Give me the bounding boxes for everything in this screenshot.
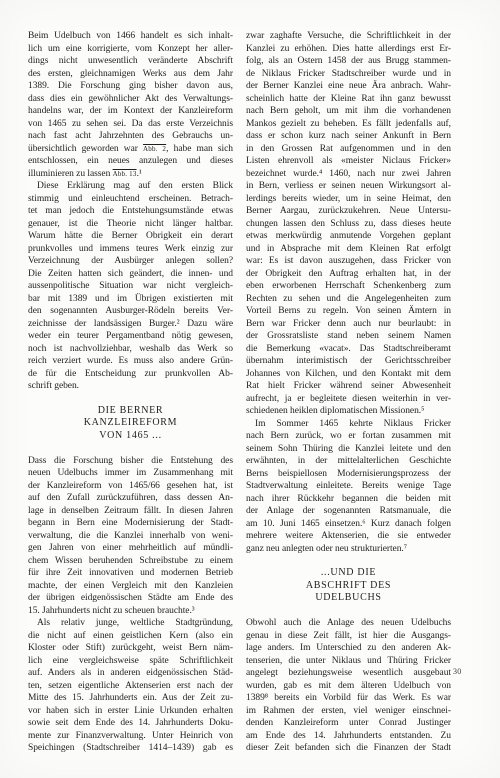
text-line: Listen ehrenvoll als «meister Niclaus Fr…	[246, 155, 451, 168]
text-line: der Obrigkeit den Auftrag erhalten hat, …	[246, 268, 451, 281]
text-line: Berns beispiellosen Modernisierungsproze…	[246, 468, 451, 481]
text-line: noch ist nachvollziehbar, weshalb das We…	[28, 343, 233, 356]
text-line: Kanzlei zu erhöhen. Dies hatte allerding…	[246, 43, 451, 56]
text-line: wurden, gab es mit dem älteren Udelbuch …	[246, 680, 451, 693]
text-line: 15. Jahrhunderts nicht zu scheuen brauch…	[28, 605, 233, 618]
paragraph: Im Sommer 1465 kehrte Niklaus Frickernac…	[246, 418, 451, 556]
text-line: ten, setzen eigentliche Aktenserien erst…	[28, 680, 233, 693]
text-line: folg, als an Ostern 1458 der aus Brugg s…	[246, 55, 451, 68]
text-line: lich um eine korrigierte, vom Konzept he…	[28, 43, 233, 56]
text-line: sowie seit dem Ende des 14. Jahrhunderts…	[28, 717, 233, 730]
text-line: entschlossen, ein neues anzulegen und di…	[28, 155, 233, 168]
text-line: mehrere weitere Aktenserien, die sie ent…	[246, 530, 451, 543]
text-line: Stadtverwaltung einleitete. Bereits weni…	[246, 480, 451, 493]
text-line: schiedenen heiklen diplomatischen Missio…	[246, 405, 451, 418]
text-line: Johannes von Kilchen, und den Kontakt mi…	[246, 368, 451, 381]
heading-line: DIE BERNER	[28, 405, 233, 418]
text-line: genauer, ist die Theorie nicht länger ha…	[28, 218, 233, 231]
page-number: 30	[453, 667, 462, 676]
heading-line: ABSCHRIFT DES	[246, 580, 451, 593]
text-line: dieser Zeit befanden sich die Finanzen d…	[246, 742, 451, 755]
figure-reference: Abb. 2	[143, 145, 166, 153]
text-line: denden Kanzleireform unter Conrad Justin…	[246, 717, 451, 730]
text-line: Vorteil Berns zu regeln. Von seinen Ämte…	[246, 305, 451, 318]
text-line: weder ein teurer Pergamentband nötig gew…	[28, 330, 233, 343]
text-line: prunkvolles und immens teures Werk einzi…	[28, 243, 233, 256]
text-line: bezeichnet wurde.⁴ 1460, nach nur zwei J…	[246, 168, 451, 181]
text-line: Dass die Forschung bisher die Entstehung…	[28, 455, 233, 468]
text-line: angelegt beziehungsweise wesentlich ausg…	[246, 667, 451, 680]
book-page: Beim Udelbuch von 1466 handelt es sich i…	[0, 0, 500, 778]
text-line: Warum hätte die Berner Obrigkeit ein der…	[28, 230, 233, 243]
heading-line: ...UND DIE	[246, 567, 451, 580]
text-line: eben erworbenen Herrschaft Schenkenberg …	[246, 280, 451, 293]
text-line: tet man jedoch die Entstehungsumstände e…	[28, 205, 233, 218]
text-line: lage anders. Im Unterschied zu den ander…	[246, 642, 451, 655]
text-line: Als relativ junge, weltliche Stadtgründu…	[28, 617, 233, 630]
text-line: genau in diese Zeit fällt, ist hier die …	[246, 630, 451, 643]
text-line: Speichingen (Stadtschreiber 1414–1439) g…	[28, 742, 233, 755]
text-line: vor haben sich in erster Linie Urkunden …	[28, 705, 233, 718]
text-line: etwas merkwürdig anmutende Vorgehen gepl…	[246, 230, 451, 243]
text-line: die nicht auf einen geistlichen Kern (al…	[28, 630, 233, 643]
text-line: der Berner Kanzlei eine neue Ära anbrach…	[246, 80, 451, 93]
text-line: neuen Udelbuchs immer im Zusammenhang mi…	[28, 467, 233, 480]
text-line: Diese Erklärung mag auf den ersten Blick	[28, 180, 233, 193]
text-line: am 10. Juni 1465 einsetzen.⁶ Kurz danach…	[246, 518, 451, 531]
text-line: Berner Aargau, zurückzukehren. Neue Unte…	[246, 205, 451, 218]
text-line: erwähnten, in der mittelalterlichen Gesc…	[246, 455, 451, 468]
text-line: 1389. Die Forschung ging bisher davon au…	[28, 80, 233, 93]
text-line: übernahm interimistisch der Gerichtsschr…	[246, 355, 451, 368]
heading-line: UDELBUCHS	[246, 592, 451, 605]
text-line: die Bemerkung «vacat». Das Stadtschreibe…	[246, 343, 451, 356]
paragraph: Dass die Forschung bisher die Entstehung…	[28, 455, 233, 618]
text-line: nach ihrer Rückkehr begannen die beiden …	[246, 493, 451, 506]
text-line: aufrecht, ja er begleitete diesen weiter…	[246, 393, 451, 406]
text-line: dings nicht unwesentlich veränderte Absc…	[28, 55, 233, 68]
text-line: im Rahmen der ersten, viel weniger einsc…	[246, 705, 451, 718]
text-line: in den Grossen Rat aufgenommen und in de…	[246, 143, 451, 156]
text-line: chem Wissen beruhenden Schreibstube zu e…	[28, 555, 233, 568]
text-line: schrift geben.	[28, 380, 233, 393]
text-line: Die Zeiten hatten sich geändert, die inn…	[28, 268, 233, 281]
heading-line: VON 1465 ...	[28, 430, 233, 443]
text-line: scheinlich hatte der Kleine Rat ihn ganz…	[246, 93, 451, 106]
text-line: chungen lassen den Schluss zu, dass dies…	[246, 218, 451, 231]
text-line: de für die Entscheidung zur prunkvollen …	[28, 368, 233, 381]
left-column: Beim Udelbuch von 1466 handelt es sich i…	[28, 30, 233, 755]
text-line: Im Sommer 1465 kehrte Niklaus Fricker	[246, 418, 451, 431]
text-line: zeichnisse der landsässigen Burger.² Daz…	[28, 318, 233, 331]
text-line: reich verziert wurde. Es muss also ander…	[28, 355, 233, 368]
text-line: bar mit 1389 und im Übrigen existierten …	[28, 293, 233, 306]
text-line: war: Es ist davon auszugehen, dass Frick…	[246, 255, 451, 268]
paragraph: Als relativ junge, weltliche Stadtgründu…	[28, 617, 233, 755]
text-line: seinem Sohn Thüring die Kanzlei leitete …	[246, 443, 451, 456]
section-heading: DIE BERNERKANZLEIREFORMVON 1465 ...	[28, 405, 233, 443]
text-line: nach fast acht Jahrzehnten des Gebrauchs…	[28, 130, 233, 143]
text-line: lerdings bereits wieder, um in seine Hei…	[246, 193, 451, 206]
text-line: begann in Bern eine Modernisierung der S…	[28, 517, 233, 530]
text-line: ganz neu anlegten oder neu strukturierte…	[246, 543, 451, 556]
text-line: mente zur Finanzverwaltung. Unter Heinri…	[28, 730, 233, 743]
text-line: 1389⁸ bereits ein Vorbild für das Werk. …	[246, 692, 451, 705]
text-line: übersichtlich geworden war Abb. 2, habe …	[28, 143, 233, 156]
text-line: stimmig und einleuchtend erscheinen. Bet…	[28, 193, 233, 206]
text-line: machte, der einen Vergleich mit den Kanz…	[28, 580, 233, 593]
text-line: des ersten, gleichnamigen Werks aus dem …	[28, 68, 233, 81]
paragraph: Obwohl auch die Anlage des neuen Udelbuc…	[246, 617, 451, 755]
text-columns: Beim Udelbuch von 1466 handelt es sich i…	[28, 30, 451, 755]
text-line: zwar zaghafte Versuche, die Schriftlichk…	[246, 30, 451, 43]
text-line: Mitte des 15. Jahrhunderts ein. Aus der …	[28, 692, 233, 705]
paragraph: zwar zaghafte Versuche, die Schriftlichk…	[246, 30, 451, 418]
text-line: und in Absprache mit dem Kleinen Rat erf…	[246, 243, 451, 256]
text-line: der übrigen eidgenössischen Städte am En…	[28, 592, 233, 605]
text-line: handelns war, der im Kontext der Kanzlei…	[28, 105, 233, 118]
text-line: nach Bern zurück, wo er fortan zusammen …	[246, 430, 451, 443]
text-line: lich eine vergleichsweise späte Schriftl…	[28, 655, 233, 668]
text-line: de Niklaus Fricker Stadtschreiber wurde …	[246, 68, 451, 81]
section-heading: ...UND DIEABSCHRIFT DESUDELBUCHS	[246, 567, 451, 605]
text-line: aussenpolitische Situation war nicht ver…	[28, 280, 233, 293]
text-line: der Kanzleireform von 1465/66 gesehen ha…	[28, 480, 233, 493]
text-line: in Bern, verliess er seinen neuen Wirkun…	[246, 180, 451, 193]
text-line: dass er schon kurz nach seiner Ankunft i…	[246, 130, 451, 143]
text-line: Verzeichnung der Ausbürger anlegen solle…	[28, 255, 233, 268]
text-line: gen Jahren von einer mehrheitlich auf mü…	[28, 542, 233, 555]
text-line: Bern war Fricker denn auch nur beurlaubt…	[246, 318, 451, 331]
heading-line: KANZLEIREFORM	[28, 417, 233, 430]
text-line: von 1465 zu sehen sei. Da das erste Verz…	[28, 118, 233, 131]
right-column: zwar zaghafte Versuche, die Schriftlichk…	[246, 30, 451, 755]
text-line: auf. Anders als in anderen eidgenössisch…	[28, 667, 233, 680]
text-line: illuminieren zu lassen Abb. 13.¹	[28, 168, 233, 181]
text-line: verwaltung, die die Kanzlei innerhalb vo…	[28, 530, 233, 543]
text-line: Mankos gezielt zu beheben. Es fällt jede…	[246, 118, 451, 131]
text-line: nach Bern geholt, um mit ihm die vorhand…	[246, 105, 451, 118]
text-line: Obwohl auch die Anlage des neuen Udelbuc…	[246, 617, 451, 630]
paragraph: Diese Erklärung mag auf den ersten Blick…	[28, 180, 233, 393]
text-line: Beim Udelbuch von 1466 handelt es sich i…	[28, 30, 233, 43]
text-line: auf den Zufall zurückzuführen, dass dess…	[28, 492, 233, 505]
text-line: den sogenannten Ausburger-Rödeln bereits…	[28, 305, 233, 318]
text-line: der Anlage der sogenannten Ratsmanuale, …	[246, 505, 451, 518]
text-line: Rat hielt Fricker während seiner Abwesen…	[246, 380, 451, 393]
figure-reference: Abb. 13	[113, 170, 137, 178]
text-line: dass dies ein gewöhnlicher Akt des Verwa…	[28, 93, 233, 106]
text-line: am Ende des 14. Jahrhunderts entstanden.…	[246, 730, 451, 743]
text-line: Kloster oder Stift) zurückgeht, weist Be…	[28, 642, 233, 655]
text-line: tenserien, die unter Niklaus und Thüring…	[246, 655, 451, 668]
text-line: der Grossratsliste stand neben seinem Na…	[246, 330, 451, 343]
text-line: lage in denselben Zeitraum fällt. In die…	[28, 505, 233, 518]
text-line: für ihre Zeit innovativen und modernen B…	[28, 567, 233, 580]
text-line: Rechten zu sehen und die Angelegenheiten…	[246, 293, 451, 306]
paragraph: Beim Udelbuch von 1466 handelt es sich i…	[28, 30, 233, 180]
